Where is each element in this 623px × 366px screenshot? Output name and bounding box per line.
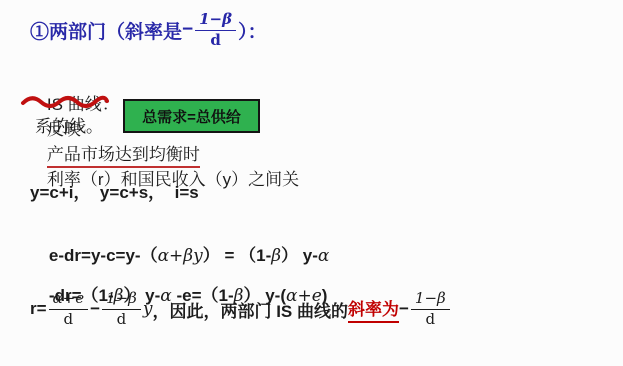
supply-demand-label: 总需求=总供给 (142, 106, 241, 127)
fraction-denominator: d (117, 310, 127, 328)
eq4-y-variable: y (143, 299, 153, 319)
title-fraction: 1−β d (195, 12, 236, 49)
fraction-denominator: d (64, 310, 74, 328)
eq4-minus: − (90, 299, 100, 319)
fraction-denominator: d (426, 310, 436, 328)
eq4-minus-2: − (399, 299, 409, 319)
wavy-underline (20, 93, 110, 109)
supply-demand-box: 总需求=总供给 (123, 99, 260, 133)
title-colon: ）： (238, 17, 267, 44)
title-minus: − (182, 19, 193, 41)
equation-conclusion: r= α+e d − 1−β d y ，因此，两部门 IS 曲线的 斜率为 − … (30, 291, 452, 328)
slope-highlight: 斜率为 (348, 295, 399, 323)
title-text: ①两部门（斜率是 (30, 17, 182, 44)
fraction-denominator: d (210, 31, 221, 49)
definition-line2: 系的线。 (35, 112, 103, 137)
lecture-slide: ①两部门（斜率是 − 1−β d ）： IS 曲线： 反映 产品市场达到均衡时 … (0, 0, 623, 366)
slide-title: ①两部门（斜率是 − 1−β d ）： (30, 12, 267, 49)
underlined-phrase: 产品市场达到均衡时 (47, 145, 200, 168)
eq4-fraction-2: 1−β d (102, 291, 141, 328)
eq4-fraction-3: 1−β d (411, 291, 450, 328)
fraction-numerator: 1−β (411, 291, 450, 310)
equation-identities: y=c+i， y=c+s， i=s (30, 178, 199, 203)
fraction-numerator: 1−β (102, 291, 141, 310)
eq4-conclusion-text: ，因此，两部门 IS 曲线的 (152, 297, 348, 322)
fraction-numerator: α+e (49, 291, 89, 310)
eq4-fraction-1: α+e d (49, 291, 89, 328)
eq4-seg: r= (30, 299, 47, 319)
fraction-numerator: 1−β (195, 12, 236, 31)
